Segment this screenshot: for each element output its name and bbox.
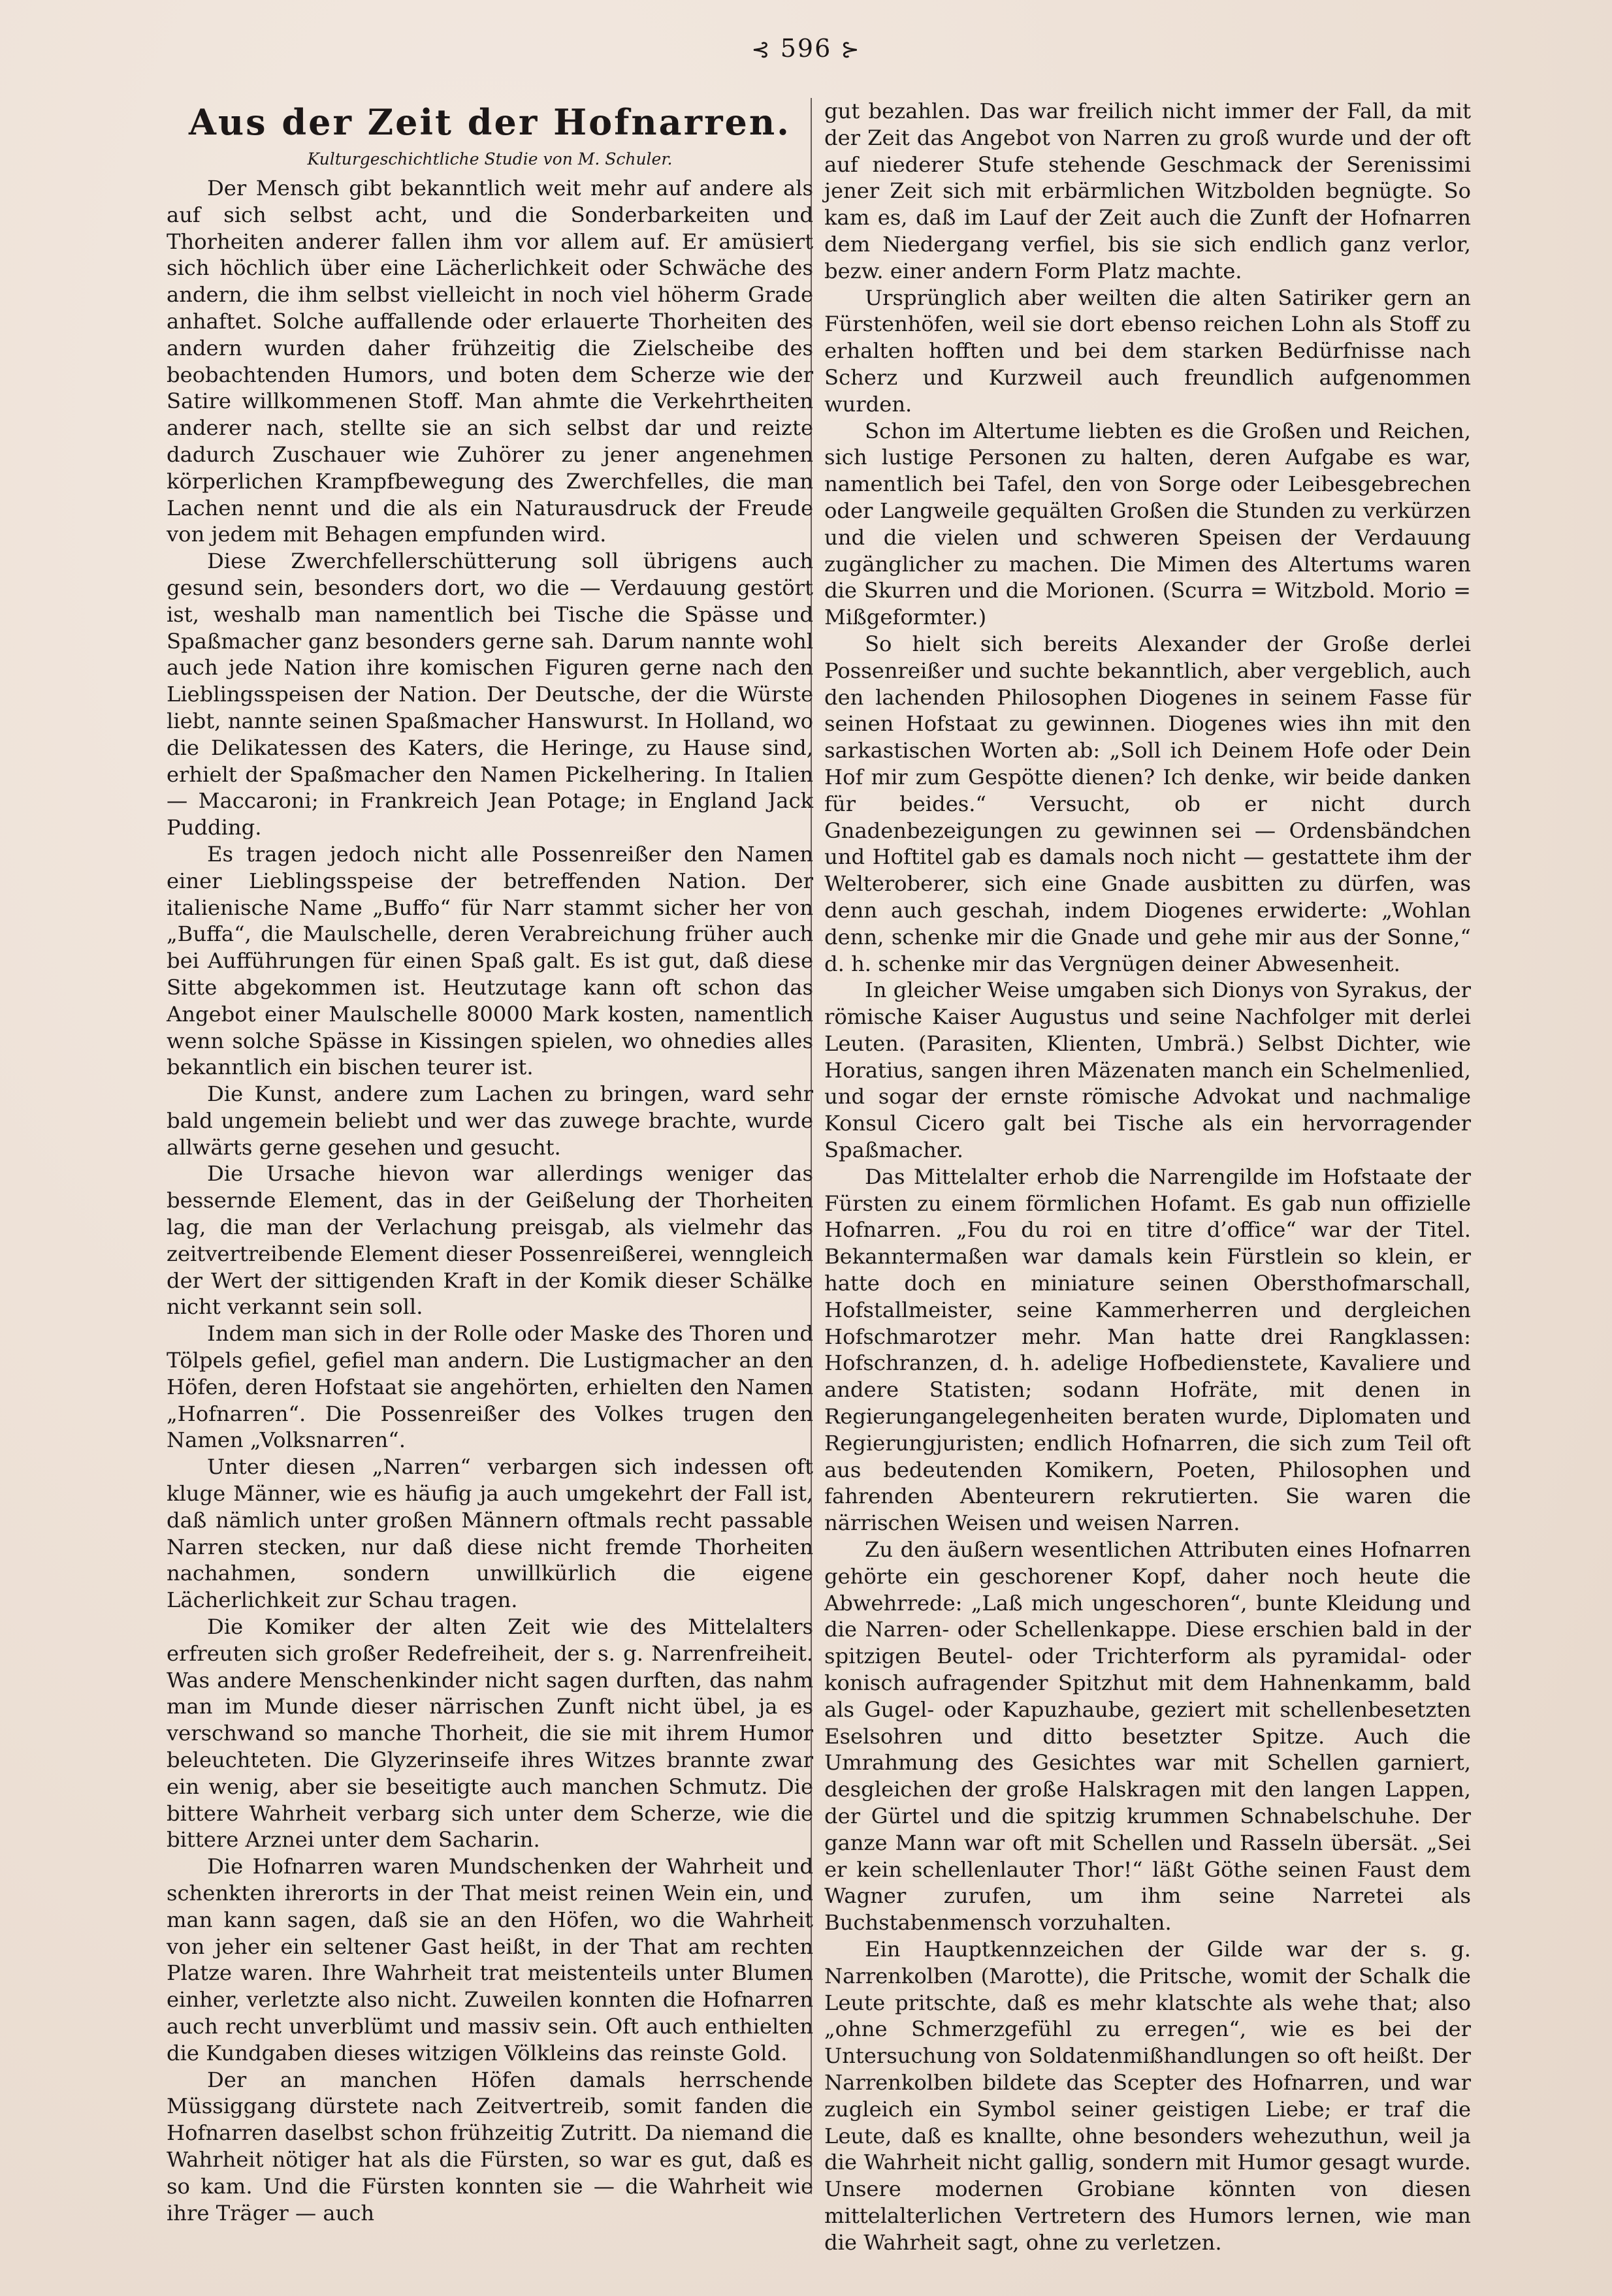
paragraph: Ein Hauptkennzeichen der Gilde war der s…	[824, 1936, 1471, 2256]
paragraph: Das Mittelalter erhob die Narrengilde im…	[824, 1164, 1471, 1537]
paragraph: In gleicher Weise umgaben sich Dionys vo…	[824, 977, 1471, 1164]
paragraph: Schon im Altertume liebten es die Großen…	[824, 418, 1471, 631]
article-subtitle: Kulturgeschichtliche Studie von M. Schul…	[167, 146, 813, 172]
page-number-header: ⊰596⊱	[0, 34, 1612, 63]
paragraph: Die Ursache hievon war allerdings wenige…	[167, 1160, 813, 1320]
paragraph: Ursprünglich aber weilten die alten Sati…	[824, 285, 1471, 418]
paragraph: So hielt sich bereits Alexander der Groß…	[824, 631, 1471, 977]
paragraph: Zu den äußern wesentlichen Attributen ei…	[824, 1537, 1471, 1936]
paragraph: Die Hofnarren waren Mundschenken der Wah…	[167, 1853, 813, 2066]
paragraph-continuation: gut bezahlen. Das war freilich nicht imm…	[824, 98, 1471, 285]
paragraph: Indem man sich in der Rolle oder Maske d…	[167, 1320, 813, 1454]
paragraph: Die Komiker der alten Zeit wie des Mitte…	[167, 1614, 813, 1853]
paragraph: Diese Zwerchfellerschütterung soll übrig…	[167, 548, 813, 841]
paragraph: Der Mensch gibt bekanntlich weit mehr au…	[167, 175, 813, 548]
paragraph: Der an manchen Höfen damals herrschende …	[167, 2067, 813, 2227]
paragraph: Es tragen jedoch nicht alle Possenreißer…	[167, 841, 813, 1081]
column-divider	[811, 98, 812, 2194]
paragraph: Die Kunst, andere zum Lachen zu bringen,…	[167, 1081, 813, 1160]
paragraph: Unter diesen „Narren“ verbargen sich ind…	[167, 1454, 813, 1614]
left-column: Aus der Zeit der Hofnarren. Kulturgeschi…	[167, 98, 813, 2226]
ornament-left-icon: ⊰	[751, 37, 771, 63]
ornament-right-icon: ⊱	[841, 37, 861, 63]
article-title: Aus der Zeit der Hofnarren.	[167, 98, 813, 146]
page-number: 596	[781, 34, 832, 63]
right-column: gut bezahlen. Das war freilich nicht imm…	[824, 98, 1471, 2256]
